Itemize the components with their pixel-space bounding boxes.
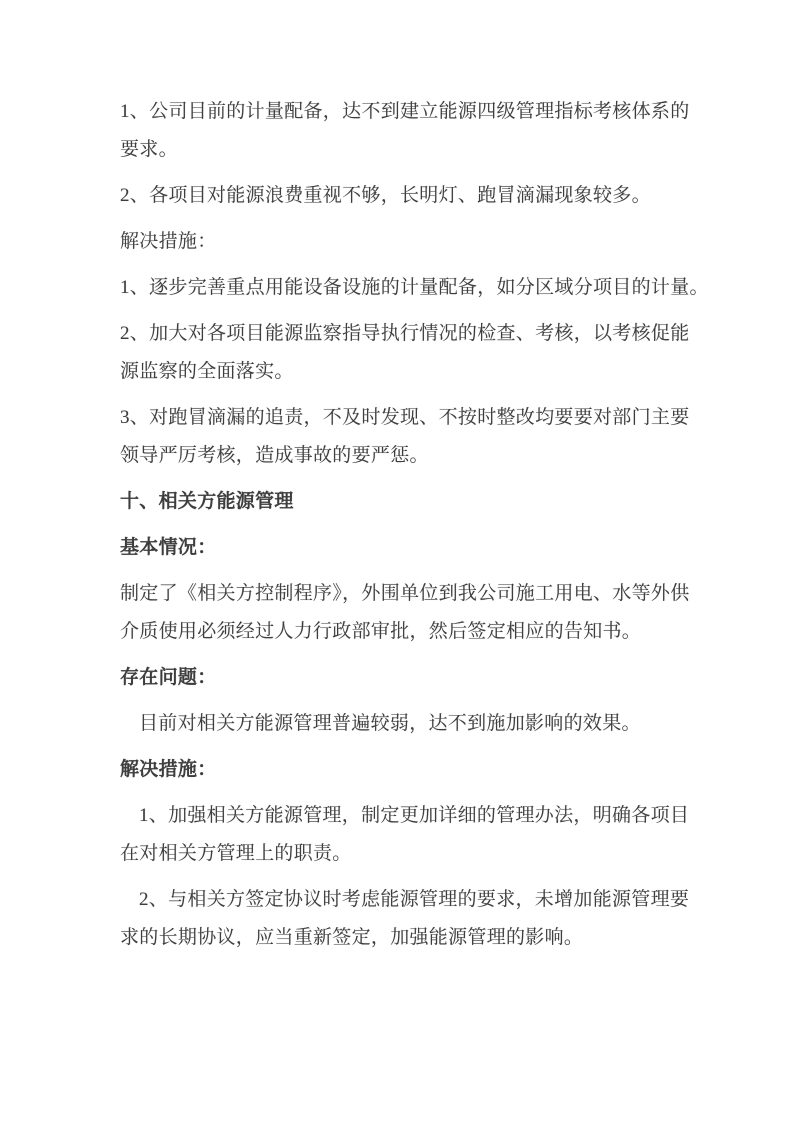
text-line: 在对相关方管理上的职责。 <box>120 835 730 873</box>
problem-item-1: 1、公司目前的计量配备，达不到建立能源四级管理指标考核体系的 要求。 <box>120 93 730 169</box>
solutions-heading: 解决措施： <box>120 751 730 789</box>
text-line: 1、公司目前的计量配备，达不到建立能源四级管理指标考核体系的 <box>120 93 730 131</box>
text-line: 介质使用必须经过人力行政部审批，然后签定相应的告知书。 <box>120 613 730 651</box>
text-line: 3、对跑冒滴漏的追责，不及时发现、不按时整改均要要对部门主要 <box>120 399 730 437</box>
text-line: 2、各项目对能源浪费重视不够，长明灯、跑冒滴漏现象较多。 <box>120 177 730 215</box>
text-line: 目前对相关方能源管理普遍较弱，达不到施加影响的效果。 <box>120 705 730 743</box>
document-page: 1、公司目前的计量配备，达不到建立能源四级管理指标考核体系的 要求。 2、各项目… <box>0 0 800 1130</box>
basic-info-heading: 基本情况： <box>120 529 730 567</box>
measures-label: 解决措施： <box>120 223 730 261</box>
text-line: 制定了《相关方控制程序》，外围单位到我公司施工用电、水等外供 <box>120 575 730 613</box>
problems-heading: 存在问题： <box>120 659 730 697</box>
text-line: 求的长期协议，应当重新签定，加强能源管理的影响。 <box>120 919 730 957</box>
section-heading-related-party: 十、相关方能源管理 <box>120 483 730 521</box>
basic-info-paragraph: 制定了《相关方控制程序》，外围单位到我公司施工用电、水等外供 介质使用必须经过人… <box>120 575 730 651</box>
text-line: 2、与相关方签定协议时考虑能源管理的要求，未增加能源管理要 <box>120 881 730 919</box>
text-line: 1、加强相关方能源管理，制定更加详细的管理办法，明确各项目 <box>120 797 730 835</box>
problems-paragraph: 目前对相关方能源管理普遍较弱，达不到施加影响的效果。 <box>120 705 730 743</box>
text-line: 1、逐步完善重点用能设备设施的计量配备，如分区域分项目的计量。 <box>120 269 730 307</box>
problem-item-2: 2、各项目对能源浪费重视不够，长明灯、跑冒滴漏现象较多。 <box>120 177 730 215</box>
text-line: 2、加大对各项目能源监察指导执行情况的检查、考核，以考核促能 <box>120 315 730 353</box>
document-content: 1、公司目前的计量配备，达不到建立能源四级管理指标考核体系的 要求。 2、各项目… <box>120 93 730 957</box>
solution-item-1: 1、加强相关方能源管理，制定更加详细的管理办法，明确各项目 在对相关方管理上的职… <box>120 797 730 873</box>
measure-item-1: 1、逐步完善重点用能设备设施的计量配备，如分区域分项目的计量。 <box>120 269 730 307</box>
text-line: 源监察的全面落实。 <box>120 353 730 391</box>
text-line: 解决措施： <box>120 751 730 789</box>
measure-item-2: 2、加大对各项目能源监察指导执行情况的检查、考核，以考核促能 源监察的全面落实。 <box>120 315 730 391</box>
text-line: 领导严厉考核，造成事故的要严惩。 <box>120 437 730 475</box>
measure-item-3: 3、对跑冒滴漏的追责，不及时发现、不按时整改均要要对部门主要 领导严厉考核，造成… <box>120 399 730 475</box>
solution-item-2: 2、与相关方签定协议时考虑能源管理的要求，未增加能源管理要 求的长期协议，应当重… <box>120 881 730 957</box>
text-line: 存在问题： <box>120 659 730 697</box>
text-line: 解决措施： <box>120 223 730 261</box>
text-line: 十、相关方能源管理 <box>120 483 730 521</box>
text-line: 要求。 <box>120 131 730 169</box>
text-line: 基本情况： <box>120 529 730 567</box>
